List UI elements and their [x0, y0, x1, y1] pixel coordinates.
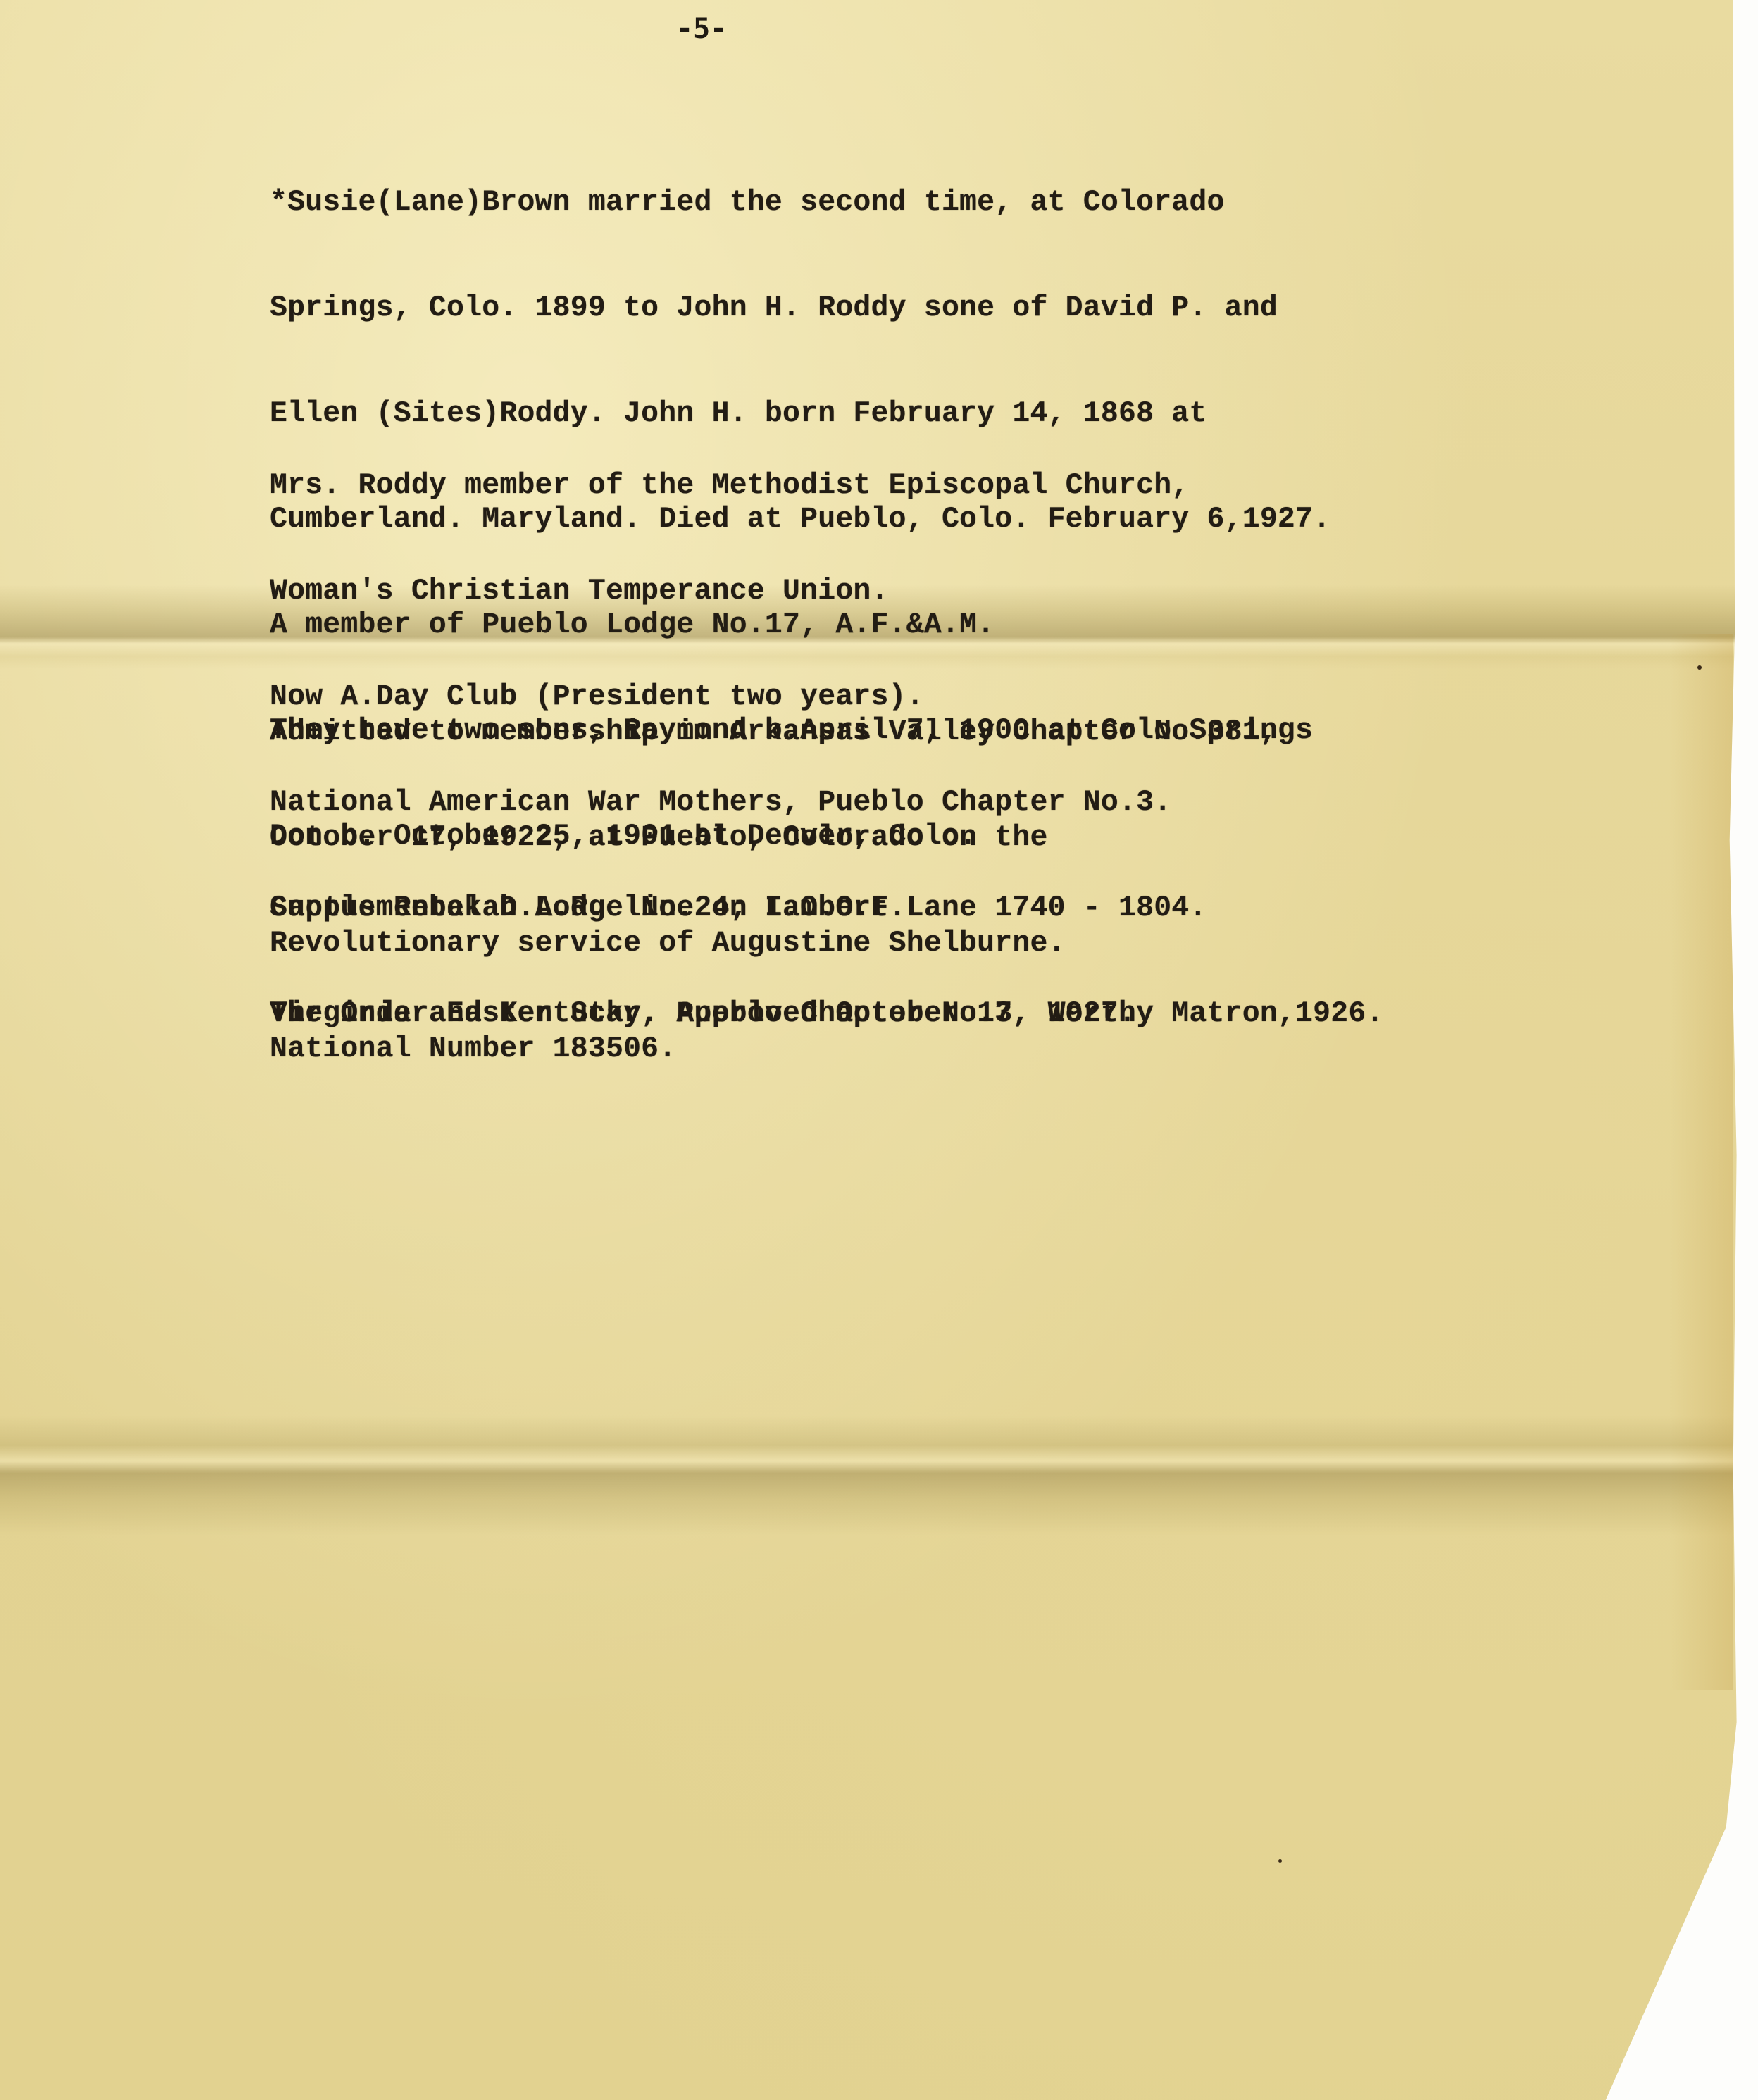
paragraph-supplemental-line: Supplemental D.A.R. line on Lambert Lane… — [270, 820, 1207, 1102]
text-line: Supplemental D.A.R. line on Lambert Lane… — [270, 891, 1207, 926]
edge-stain — [1669, 634, 1733, 1690]
text-line: Woman's Christian Temperance Union. — [270, 574, 1384, 609]
fold-crease-lower — [0, 1415, 1745, 1535]
scanned-page: -5- *Susie(Lane)Brown married the second… — [0, 0, 1758, 2100]
ink-speck — [1278, 1859, 1282, 1863]
ink-speck — [1697, 665, 1702, 670]
paper-sheet: -5- *Susie(Lane)Brown married the second… — [0, 0, 1745, 2100]
text-line: Virginia and Kentucky. Approved October … — [270, 996, 1207, 1032]
text-line: Admitted to membership im Arkansas Valle… — [270, 715, 1278, 750]
text-line: Springs, Colo. 1899 to John H. Roddy son… — [270, 291, 1330, 326]
text-line: *Susie(Lane)Brown married the second tim… — [270, 185, 1330, 220]
page-number: -5- — [676, 13, 727, 45]
text-line: Mrs. Roddy member of the Methodist Episc… — [270, 468, 1384, 504]
